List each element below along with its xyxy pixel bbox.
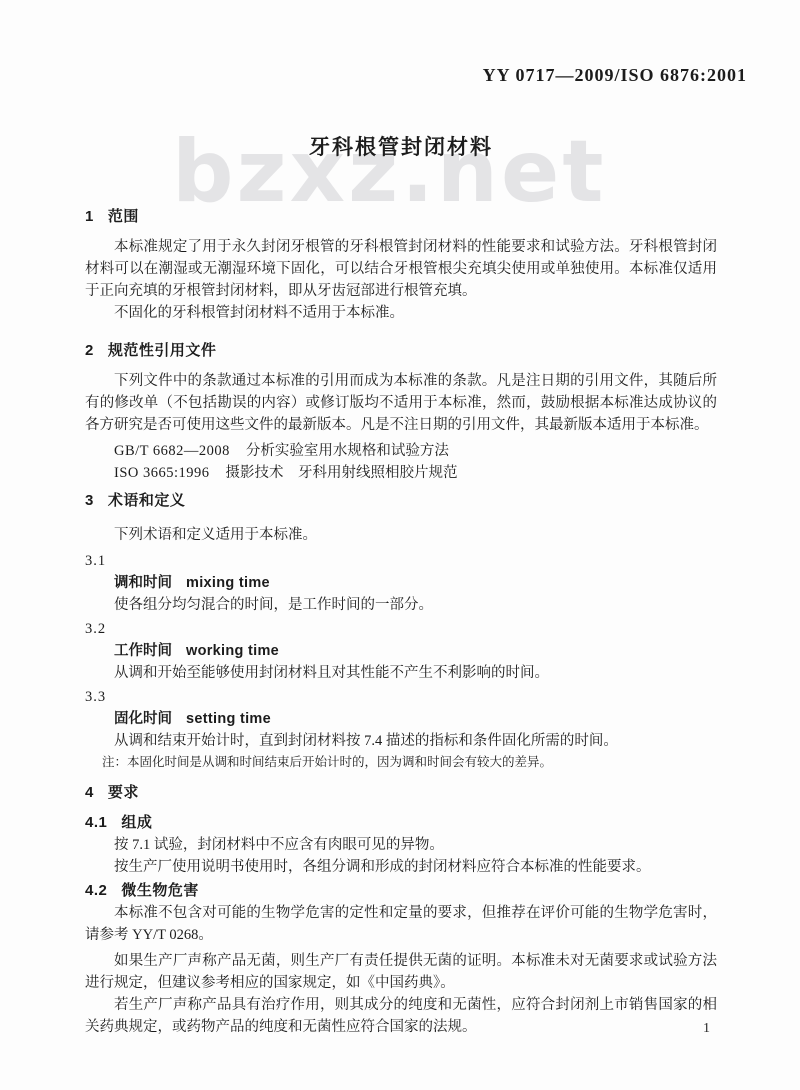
subsection-number: 4.1 bbox=[85, 814, 107, 831]
document-title: 牙科根管封闭材料 bbox=[85, 132, 717, 162]
reference-item: ISO 3665:1996摄影技术 牙科用射线照相胶片规范 bbox=[85, 462, 717, 484]
section-number: 3 bbox=[85, 492, 94, 509]
section-title: 要求 bbox=[108, 784, 139, 801]
reference-name: 分析实验室用水规格和试验方法 bbox=[246, 443, 449, 459]
section-heading-references: 2规范性引用文件 bbox=[85, 340, 717, 362]
composition-paragraph-1: 按 7.1 试验，封闭材料中不应含有肉眼可见的异物。 bbox=[85, 834, 717, 856]
term-definition: 使各组分均匀混合的时间，是工作时间的一部分。 bbox=[85, 594, 717, 616]
subsection-title: 组成 bbox=[121, 814, 152, 831]
term-definition: 从调和开始至能够使用封闭材料且对其性能不产生不利影响的时间。 bbox=[85, 662, 717, 684]
term-entry: 工作时间working time bbox=[85, 640, 717, 662]
references-intro: 下列文件中的条款通过本标准的引用而成为本标准的条款。凡是注日期的引用文件，其随后… bbox=[85, 370, 717, 436]
subsection-heading-biohazard: 4.2微生物危害 bbox=[85, 880, 717, 902]
subsection-number: 4.2 bbox=[85, 882, 107, 899]
term-clause-number: 3.3 bbox=[85, 686, 717, 708]
reference-code: GB/T 6682—2008 bbox=[114, 443, 230, 459]
section-number: 4 bbox=[85, 784, 94, 801]
standard-number: YY 0717—2009/ISO 6876:2001 bbox=[85, 64, 747, 86]
biohazard-paragraph-1: 本标准不包含对可能的生物学危害的定性和定量的要求，但推荐在评价可能的生物学危害时… bbox=[85, 902, 717, 946]
biohazard-paragraph-2: 如果生产厂声称产品无菌，则生产厂有责任提供无菌的证明。本标准未对无菌要求或试验方… bbox=[85, 950, 717, 994]
reference-code: ISO 3665:1996 bbox=[114, 465, 210, 481]
subsection-heading-composition: 4.1组成 bbox=[85, 812, 717, 834]
section-number: 2 bbox=[85, 342, 94, 359]
terms-intro: 下列术语和定义适用于本标准。 bbox=[85, 524, 717, 546]
term-definition: 从调和结束开始计时，直到封闭材料按 7.4 描述的指标和条件固化所需的时间。 bbox=[85, 730, 717, 752]
section-title: 规范性引用文件 bbox=[108, 342, 217, 359]
term-zh: 固化时间 bbox=[114, 711, 172, 727]
term-en: setting time bbox=[186, 711, 271, 727]
reference-name: 摄影技术 牙科用射线照相胶片规范 bbox=[226, 465, 458, 481]
term-entry: 固化时间setting time bbox=[85, 708, 717, 730]
section-title: 范围 bbox=[108, 208, 139, 225]
page-content: YY 0717—2009/ISO 6876:2001 牙科根管封闭材料 1范围 … bbox=[0, 0, 800, 1038]
term-en: mixing time bbox=[186, 575, 270, 591]
term-en: working time bbox=[186, 643, 279, 659]
term-zh: 工作时间 bbox=[114, 643, 172, 659]
scope-paragraph-1: 本标准规定了用于永久封闭牙根管的牙科根管封闭材料的性能要求和试验方法。牙科根管封… bbox=[85, 236, 717, 302]
term-clause-number: 3.1 bbox=[85, 550, 717, 572]
section-number: 1 bbox=[85, 208, 94, 225]
subsection-title: 微生物危害 bbox=[121, 882, 199, 899]
term-entry: 调和时间mixing time bbox=[85, 572, 717, 594]
section-title: 术语和定义 bbox=[108, 492, 186, 509]
reference-item: GB/T 6682—2008分析实验室用水规格和试验方法 bbox=[85, 440, 717, 462]
scope-paragraph-2: 不固化的牙科根管封闭材料不适用于本标准。 bbox=[85, 302, 717, 324]
section-heading-terms: 3术语和定义 bbox=[85, 490, 717, 512]
section-heading-scope: 1范围 bbox=[85, 206, 717, 228]
term-note: 注：本固化时间是从调和时间结束后开始计时的，因为调和时间会有较大的差异。 bbox=[85, 752, 717, 772]
document-page: bzxz.net YY 0717—2009/ISO 6876:2001 牙科根管… bbox=[0, 0, 800, 1090]
composition-paragraph-2: 按生产厂使用说明书使用时，各组分调和形成的封闭材料应符合本标准的性能要求。 bbox=[85, 856, 717, 878]
term-zh: 调和时间 bbox=[114, 575, 172, 591]
term-clause-number: 3.2 bbox=[85, 618, 717, 640]
biohazard-paragraph-3: 若生产厂声称产品具有治疗作用，则其成分的纯度和无菌性，应符合封闭剂上市销售国家的… bbox=[85, 994, 717, 1038]
section-heading-requirements: 4要求 bbox=[85, 782, 717, 804]
